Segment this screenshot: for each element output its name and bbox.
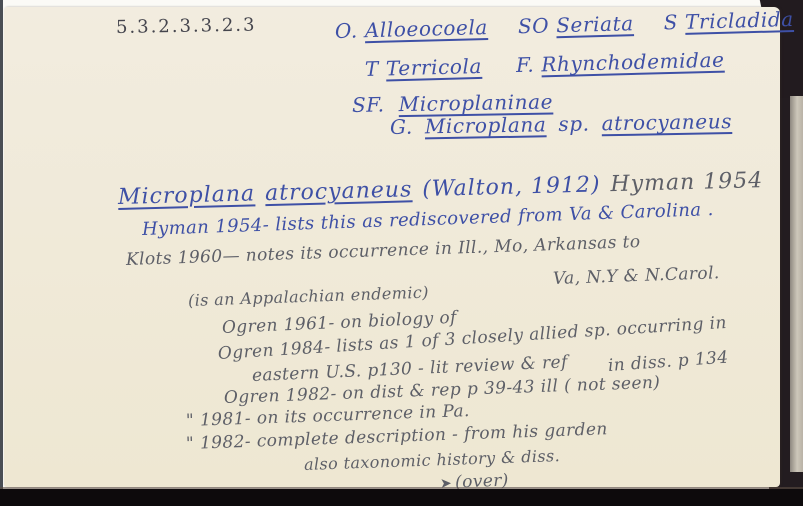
order-prefix: O. bbox=[335, 18, 358, 43]
taxonomy-line-genus: G. Microplana sp. atrocyaneus bbox=[390, 109, 732, 139]
next-card-edge bbox=[790, 96, 803, 472]
index-card: 5.3.2.3.3.2.3 O. Alloeocoela SO Seriata … bbox=[4, 7, 780, 487]
suborder-prefix: SO bbox=[518, 13, 550, 38]
note-klots-continued: Va, N.Y & N.Carol. bbox=[553, 263, 720, 289]
section-prefix: S bbox=[663, 10, 678, 34]
species-name: atrocyaneus bbox=[601, 109, 732, 135]
tribe-prefix: T bbox=[365, 57, 380, 81]
suborder-name: Seriata bbox=[556, 11, 634, 37]
taxonomy-line-family: T Terricola F. Rhynchodemidae bbox=[365, 48, 725, 81]
note-diss-page: in diss. p 134 bbox=[607, 348, 729, 376]
heading-authority: (Walton, 1912) bbox=[422, 172, 601, 202]
genus-prefix: G. bbox=[390, 115, 413, 139]
heading-annotation: Hyman 1954 bbox=[610, 168, 763, 197]
order-name: Alloeocoela bbox=[364, 15, 488, 42]
index-code: 5.3.2.3.3.2.3 bbox=[116, 15, 257, 38]
family-prefix: F. bbox=[516, 53, 535, 77]
family-name: Rhynchodemidae bbox=[541, 48, 725, 77]
sp-label: sp. bbox=[558, 112, 590, 137]
genus-name: Microplana bbox=[425, 112, 547, 138]
scan-left-edge bbox=[0, 0, 3, 506]
scan-bottom-shadow bbox=[0, 489, 803, 506]
heading-species: atrocyaneus bbox=[265, 177, 413, 206]
subfamily-prefix: SF. bbox=[352, 92, 385, 117]
taxonomy-line-order: O. Alloeocoela SO Seriata S Tricladida bbox=[335, 7, 794, 43]
section-name: Tricladida bbox=[685, 7, 794, 34]
heading-genus: Microplana bbox=[118, 181, 256, 210]
tribe-name: Terricola bbox=[386, 54, 483, 81]
note-appalachian-endemic: (is an Appalachian endemic) bbox=[188, 283, 429, 310]
note-taxonomic-history: also taxonomic history & diss. bbox=[304, 446, 561, 474]
